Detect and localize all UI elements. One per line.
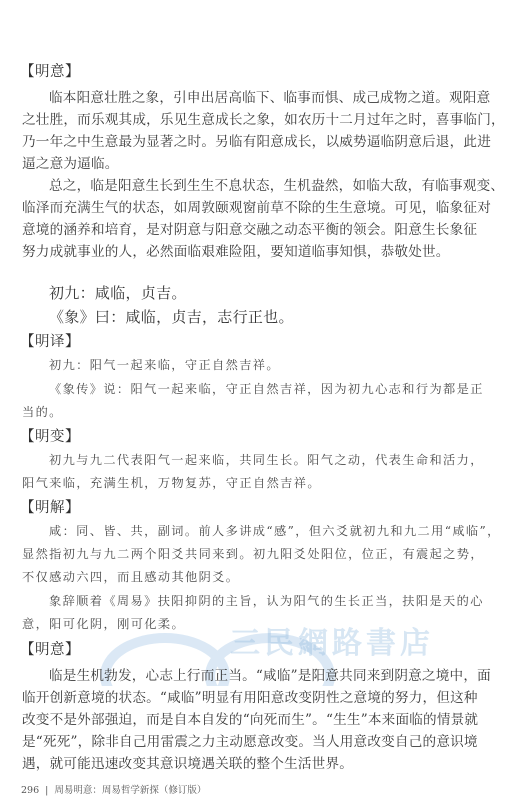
paragraph-line: 初九：阳气一起来临，守正自然吉祥。 [49, 356, 280, 373]
hexagram-line-text: 初九：咸临，贞吉。 [49, 282, 187, 303]
paragraph-line: 显然指初九与九二两个阳爻共同来到。初九阳爻处阳位，位正，有震起之势， [22, 545, 455, 562]
paragraph-line: 《象传》说：阳气一起来临，守正自然吉祥，因为初九心志和行为都是正 [49, 380, 455, 397]
paragraph-line: 临本阳意壮胜之象，引申出居高临下、临事而惧、成己成物之道。观阳意 [49, 86, 455, 106]
paragraph-line: 临泽而充满生气的状态，如周敦颐观窗前草不除的生生意境。可见，临象征对 [22, 196, 455, 216]
section-heading-mingbian: 【明变】 [20, 425, 80, 446]
section-heading-mingyi-translation: 【明译】 [20, 330, 80, 351]
book-page: 【明意】 临本阳意壮胜之象，引申出居高临下、临事而惧、成己成物之道。观阳意 之壮… [0, 0, 505, 800]
paragraph-line: 初九与九二代表阳气一起来临，共同生长。阳气之动，代表生命和活力， [49, 451, 455, 468]
paragraph-line: 之壮胜，而乐观其成，乐见生意成长之象，如农历十二月过年之时，喜事临门， [22, 108, 455, 128]
paragraph-line: 象辞顺着《周易》扶阳抑阴的主旨，认为阳气的生长正当，扶阳是天的心 [49, 592, 455, 609]
paragraph-line: 总之，临是阳意生长到生生不息状态，生机盎然，如临大敌，有临事观变、 [49, 174, 455, 194]
paragraph-line: 不仅感动六四，而且感动其他阴爻。 [22, 568, 239, 585]
paragraph-line: 意，阳可化阴，刚可化柔。 [22, 615, 185, 632]
paragraph-line: 是“死死”，除非自己用雷震之力主动愿意改变。当人用意改变自己的意识境 [22, 730, 455, 750]
footer-separator: | [45, 785, 48, 796]
paragraph-line: 临开创新意境的状态。“咸临”明显有用阳意改变阴性之意境的努力，但这种 [22, 686, 455, 706]
page-number: 296 [21, 785, 39, 796]
paragraph-line: 咸：同、皆、共，副词。前人多讲成“感”，但六爻就初九和九二用“咸临”， [49, 522, 455, 539]
paragraph-line: 当的。 [22, 403, 63, 420]
paragraph-line: 遇，就可能迅速改变其意识境遇关联的整个生活世界。 [22, 752, 353, 772]
watermark-text: 三民網路書店 [230, 618, 434, 662]
section-heading-mingyi: 【明意】 [20, 60, 80, 81]
paragraph-line: 临是生机勃发，心志上行而正当。“咸临”是阳意共同来到阴意之境中，面 [49, 664, 455, 684]
paragraph-line: 逼之意为逼临。 [22, 152, 119, 172]
paragraph-line: 阳气来临，充满生机，万物复苏，守正自然吉祥。 [22, 474, 321, 491]
book-title: 周易明意：周易哲学新探（修订版） [54, 785, 206, 796]
paragraph-line: 乃一年之中生意最为显著之时。另临有阳意成长，以威势逼临阴意后退，此进 [22, 130, 455, 150]
page-footer: 296|周易明意：周易哲学新探（修订版） [21, 782, 206, 796]
xiang-commentary-text: 《象》曰：咸临，贞吉，志行正也。 [49, 306, 294, 327]
section-heading-mingjie: 【明解】 [20, 496, 80, 517]
paragraph-line: 意境的涵养和培育，是对阴意与阳意交融之动态平衡的领会。阳意生长象征 [22, 218, 455, 238]
section-heading-mingyi-2: 【明意】 [20, 638, 80, 659]
paragraph-line: 改变不是外部强迫，而是自本自发的“向死而生”。“生生”本来面临的情景就 [22, 708, 455, 728]
paragraph-line: 努力成就事业的人，必然面临艰难险阻，要知道临事知惧，恭敬处世。 [22, 240, 450, 260]
